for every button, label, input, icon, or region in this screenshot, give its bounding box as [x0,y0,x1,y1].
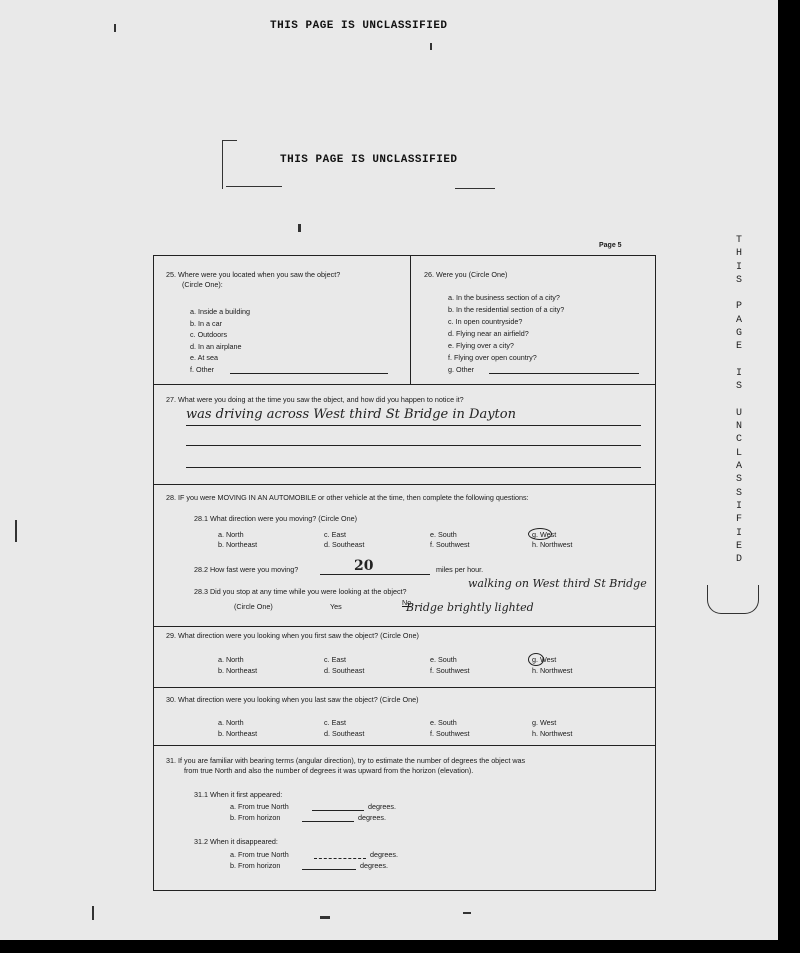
stamp-bracket-bottom [226,186,282,187]
vertical-stamp-gap [733,287,745,300]
q27-answer-line-1[interactable] [186,425,641,426]
q31-1-true-north-input[interactable] [312,810,364,811]
vertical-stamp-letter: S [733,473,745,486]
q31-1-a-label: a. From true North [230,801,289,813]
q29-option-c[interactable]: c. East [324,654,346,666]
section-q31: 31. If you are familiar with bearing ter… [154,746,655,892]
scan-speck [463,912,471,914]
scan-speck [320,916,330,919]
q27-handwritten-answer[interactable]: was driving across West third St Bridge … [186,407,516,422]
q31-1-label: 31.1 When it first appeared: [194,790,282,800]
sighting-questionnaire-form: 25. Where were you located when you saw … [153,255,656,891]
stamp-bracket-right [455,188,495,189]
q31-2-a-label: a. From true North [230,849,289,861]
vertical-stamp-letter: S [733,487,745,500]
q31-2-horizon-input[interactable] [302,869,356,870]
q27-answer-line-3[interactable] [186,467,641,468]
q26-option-a[interactable]: a. In the business section of a city? [448,292,560,304]
section-q30: 30. What direction were you looking when… [154,688,655,746]
q31-1-b-unit: degrees. [358,812,386,824]
q26-option-d[interactable]: d. Flying near an airfield? [448,328,529,340]
q25-circle-instruction: (Circle One): [182,280,223,290]
q30-option-f[interactable]: f. Southwest [430,728,470,740]
vertical-stamp-letter: A [733,460,745,473]
q30-option-c[interactable]: c. East [324,717,346,729]
vertical-stamp-letter: I [733,261,745,274]
q28-3-handwritten-note-2[interactable]: Bridge brightly lighted [406,601,534,614]
q27-label: 27. What were you doing at the time you … [166,395,464,405]
q28-1-label: 28.1 What direction were you moving? (Ci… [194,514,357,524]
q25-option-a[interactable]: a. Inside a building [190,306,250,318]
vertical-stamp-letter: U [733,407,745,420]
q26-option-c[interactable]: c. In open countryside? [448,316,522,328]
q29-option-a[interactable]: a. North [218,654,244,666]
q30-label: 30. What direction were you looking when… [166,695,419,705]
vertical-stamp-letter: N [733,420,745,433]
vertical-stamp-letter: E [733,340,745,353]
scan-speck [92,906,94,920]
vertical-stamp-letter: C [733,433,745,446]
vertical-stamp-letter: T [733,234,745,247]
q31-2-label: 31.2 When it disappeared: [194,837,278,847]
vertical-stamp-letter: I [733,500,745,513]
q28-2-label: 28.2 How fast were you moving? [194,565,298,575]
q30-option-d[interactable]: d. Southeast [324,728,364,740]
q28-2-speed-value[interactable]: 20 [354,558,373,574]
vertical-stamp-letter: E [733,540,745,553]
q25-other-input[interactable] [230,373,388,374]
q29-label: 29. What direction were you looking when… [166,631,419,641]
section-q27: 27. What were you doing at the time you … [154,385,655,485]
q30-option-b[interactable]: b. Northeast [218,728,257,740]
q28-label: 28. IF you were MOVING IN AN AUTOMOBILE … [166,493,529,503]
scan-speck [15,520,17,542]
q28-2-speed-input[interactable] [320,574,430,575]
q29-option-e[interactable]: e. South [430,654,457,666]
classification-stamp-vertical: THIS PAGE IS UNCLASSIFIED [733,234,745,566]
q31-label-continued: from true North and also the number of d… [184,766,473,776]
classification-stamp-top: THIS PAGE IS UNCLASSIFIED [270,20,448,32]
q31-1-horizon-input[interactable] [302,821,354,822]
q26-other-input[interactable] [489,373,639,374]
scan-speck [298,224,301,232]
section-q25-q26: 25. Where were you located when you saw … [154,256,655,385]
q25-option-f[interactable]: f. Other [190,364,214,376]
section-q29: 29. What direction were you looking when… [154,627,655,688]
q28-2-unit: miles per hour. [436,565,483,575]
q31-1-a-unit: degrees. [368,801,396,813]
vertical-stamp-letter: G [733,327,745,340]
stamp-bracket-left [222,140,237,189]
q26-option-f[interactable]: f. Flying over open country? [448,352,537,364]
vertical-stamp-gap [733,354,745,367]
vertical-stamp-bracket [707,585,759,614]
q30-option-g[interactable]: g. West [532,717,556,729]
column-divider [410,256,411,384]
section-q28: 28. IF you were MOVING IN AN AUTOMOBILE … [154,485,655,627]
q31-2-a-unit: degrees. [370,849,398,861]
q28-1-option-h[interactable]: h. Northwest [532,539,572,551]
q25-option-c[interactable]: c. Outdoors [190,329,227,341]
vertical-stamp-letter: S [733,380,745,393]
q25-option-e[interactable]: e. At sea [190,352,218,364]
q29-option-h[interactable]: h. Northwest [532,665,572,677]
q31-1-b-label: b. From horizon [230,812,280,824]
q26-option-b[interactable]: b. In the residential section of a city? [448,304,564,316]
vertical-stamp-letter: F [733,513,745,526]
q29-option-d[interactable]: d. Southeast [324,665,364,677]
q25-option-d[interactable]: d. In an airplane [190,341,242,353]
q29-option-f[interactable]: f. Southwest [430,665,470,677]
q26-label: 26. Were you (Circle One) [424,270,507,280]
q31-2-b-unit: degrees. [360,860,388,872]
q28-3-handwritten-note-1[interactable]: walking on West third St Bridge [468,577,647,590]
q25-label: 25. Where were you located when you saw … [166,270,340,280]
q26-option-g[interactable]: g. Other [448,364,474,376]
vertical-stamp-letter: P [733,300,745,313]
q30-option-h[interactable]: h. Northwest [532,728,572,740]
q28-1-option-b[interactable]: b. Northeast [218,539,257,551]
q31-2-b-label: b. From horizon [230,860,280,872]
q29-option-b[interactable]: b. Northeast [218,665,257,677]
q25-option-b[interactable]: b. In a car [190,318,222,330]
q28-3-circle-instruction: (Circle One) [234,602,273,612]
q31-label: 31. If you are familiar with bearing ter… [166,756,525,766]
q27-answer-line-2[interactable] [186,445,641,446]
q28-1-option-d[interactable]: d. Southeast [324,539,364,551]
q28-1-option-f[interactable]: f. Southwest [430,539,470,551]
vertical-stamp-gap [733,394,745,407]
vertical-stamp-letter: I [733,527,745,540]
q28-3-label: 28.3 Did you stop at any time while you … [194,587,407,597]
vertical-stamp-letter: L [733,447,745,460]
vertical-stamp-letter: I [733,367,745,380]
q28-3-option-yes[interactable]: Yes [330,602,342,612]
q30-option-a[interactable]: a. North [218,717,244,729]
q31-2-true-north-input[interactable] [314,858,366,859]
vertical-stamp-letter: H [733,247,745,260]
vertical-stamp-letter: A [733,314,745,327]
q26-option-e[interactable]: e. Flying over a city? [448,340,514,352]
vertical-stamp-letter: D [733,553,745,566]
scan-speck [114,24,116,32]
page-number: Page 5 [599,242,622,249]
scan-speck [430,43,432,50]
scanned-page: THIS PAGE IS UNCLASSIFIED THIS PAGE IS U… [0,0,778,940]
classification-stamp-inner: THIS PAGE IS UNCLASSIFIED [280,154,458,166]
vertical-stamp-letter: S [733,274,745,287]
q30-option-e[interactable]: e. South [430,717,457,729]
